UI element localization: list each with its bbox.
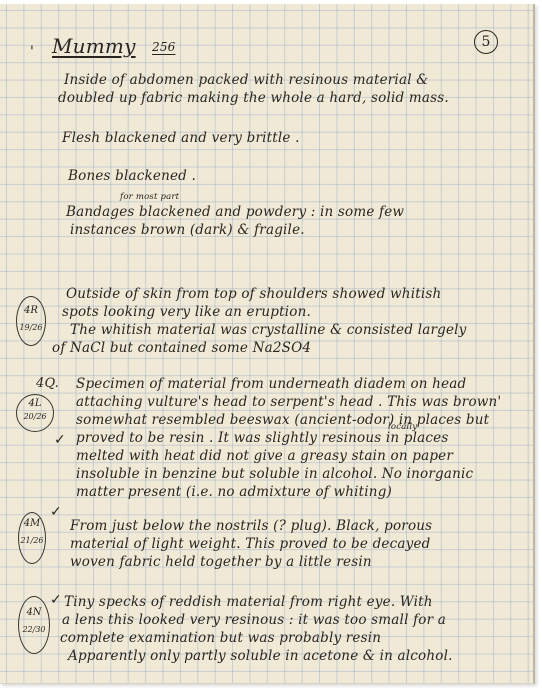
specimen-code: 4M <box>19 518 45 530</box>
specimen-date: 19/26 <box>17 323 45 333</box>
bullet-mark: ' <box>30 44 34 60</box>
text-line: spots looking very like an eruption. <box>62 304 311 321</box>
page-title: Mummy <box>52 34 136 58</box>
text-line: The whitish material was crystalline & c… <box>70 322 467 339</box>
specimen-code: 4L <box>17 398 53 410</box>
check-mark: ✓ <box>50 592 62 608</box>
text-line: melted with heat did not give a greasy s… <box>76 448 453 465</box>
specimen-code: 4N <box>19 607 49 619</box>
specimen-margin-label: 4L 20/26 <box>16 394 54 432</box>
specimen-date: 21/26 <box>19 536 45 546</box>
specimen-date: 20/26 <box>17 412 53 422</box>
text-line: Apparently only partly soluble in aceton… <box>68 648 453 665</box>
text-line: insoluble in benzine but soluble in alco… <box>76 466 473 483</box>
specimen-margin-label: 4M 21/26 <box>18 512 46 564</box>
text-line: complete examination but was probably re… <box>60 630 381 647</box>
text-line: Bones blackened . <box>68 168 196 185</box>
interlinear-insertion: for most part <box>120 192 179 202</box>
text-line: a lens this looked very resinous : it wa… <box>62 612 446 629</box>
specimen-code: 4R <box>17 305 45 317</box>
text-line: somewhat resembled beeswax (ancient-odor… <box>76 412 489 429</box>
specimen-number: 256 <box>152 40 176 54</box>
specimen-margin-label: 4N 22/30 <box>18 596 50 654</box>
text-line: Bandages blackened and powdery : in some… <box>66 204 404 221</box>
check-mark: ✓ <box>54 432 66 448</box>
specimen-margin-label: 4R 19/26 <box>16 296 46 346</box>
text-line: proved to be resin . It was slightly res… <box>76 430 448 447</box>
text-line: Outside of skin from top of shoulders sh… <box>66 286 441 303</box>
text-line: Specimen of material from underneath dia… <box>76 376 466 393</box>
text-line: of NaCl but contained some Na2SO4 <box>52 340 311 357</box>
page-number-circle: 5 <box>474 30 498 54</box>
text-line: matter present (i.e. no admixture of whi… <box>76 484 392 501</box>
check-mark: ✓ <box>50 504 62 520</box>
page-number: 5 <box>482 34 491 50</box>
notebook-page: ' Mummy 256 5 Inside of abdomen packed w… <box>0 4 535 684</box>
text-line: Inside of abdomen packed with resinous m… <box>64 72 428 89</box>
text-line: From just below the nostrils (? plug). B… <box>70 518 432 535</box>
text-line: material of light weight. This proved to… <box>70 536 430 553</box>
reference-label: 4Q. <box>36 376 59 391</box>
specimen-date: 22/30 <box>19 625 49 635</box>
text-line: doubled up fabric making the whole a har… <box>58 90 449 107</box>
text-line: woven fabric held together by a little r… <box>70 554 372 571</box>
text-line: Flesh blackened and very brittle . <box>62 130 300 147</box>
text-line: attaching vulture's head to serpent's he… <box>76 394 501 411</box>
text-line: Tiny specks of reddish material from rig… <box>64 594 433 611</box>
text-line: instances brown (dark) & fragile. <box>70 222 305 239</box>
